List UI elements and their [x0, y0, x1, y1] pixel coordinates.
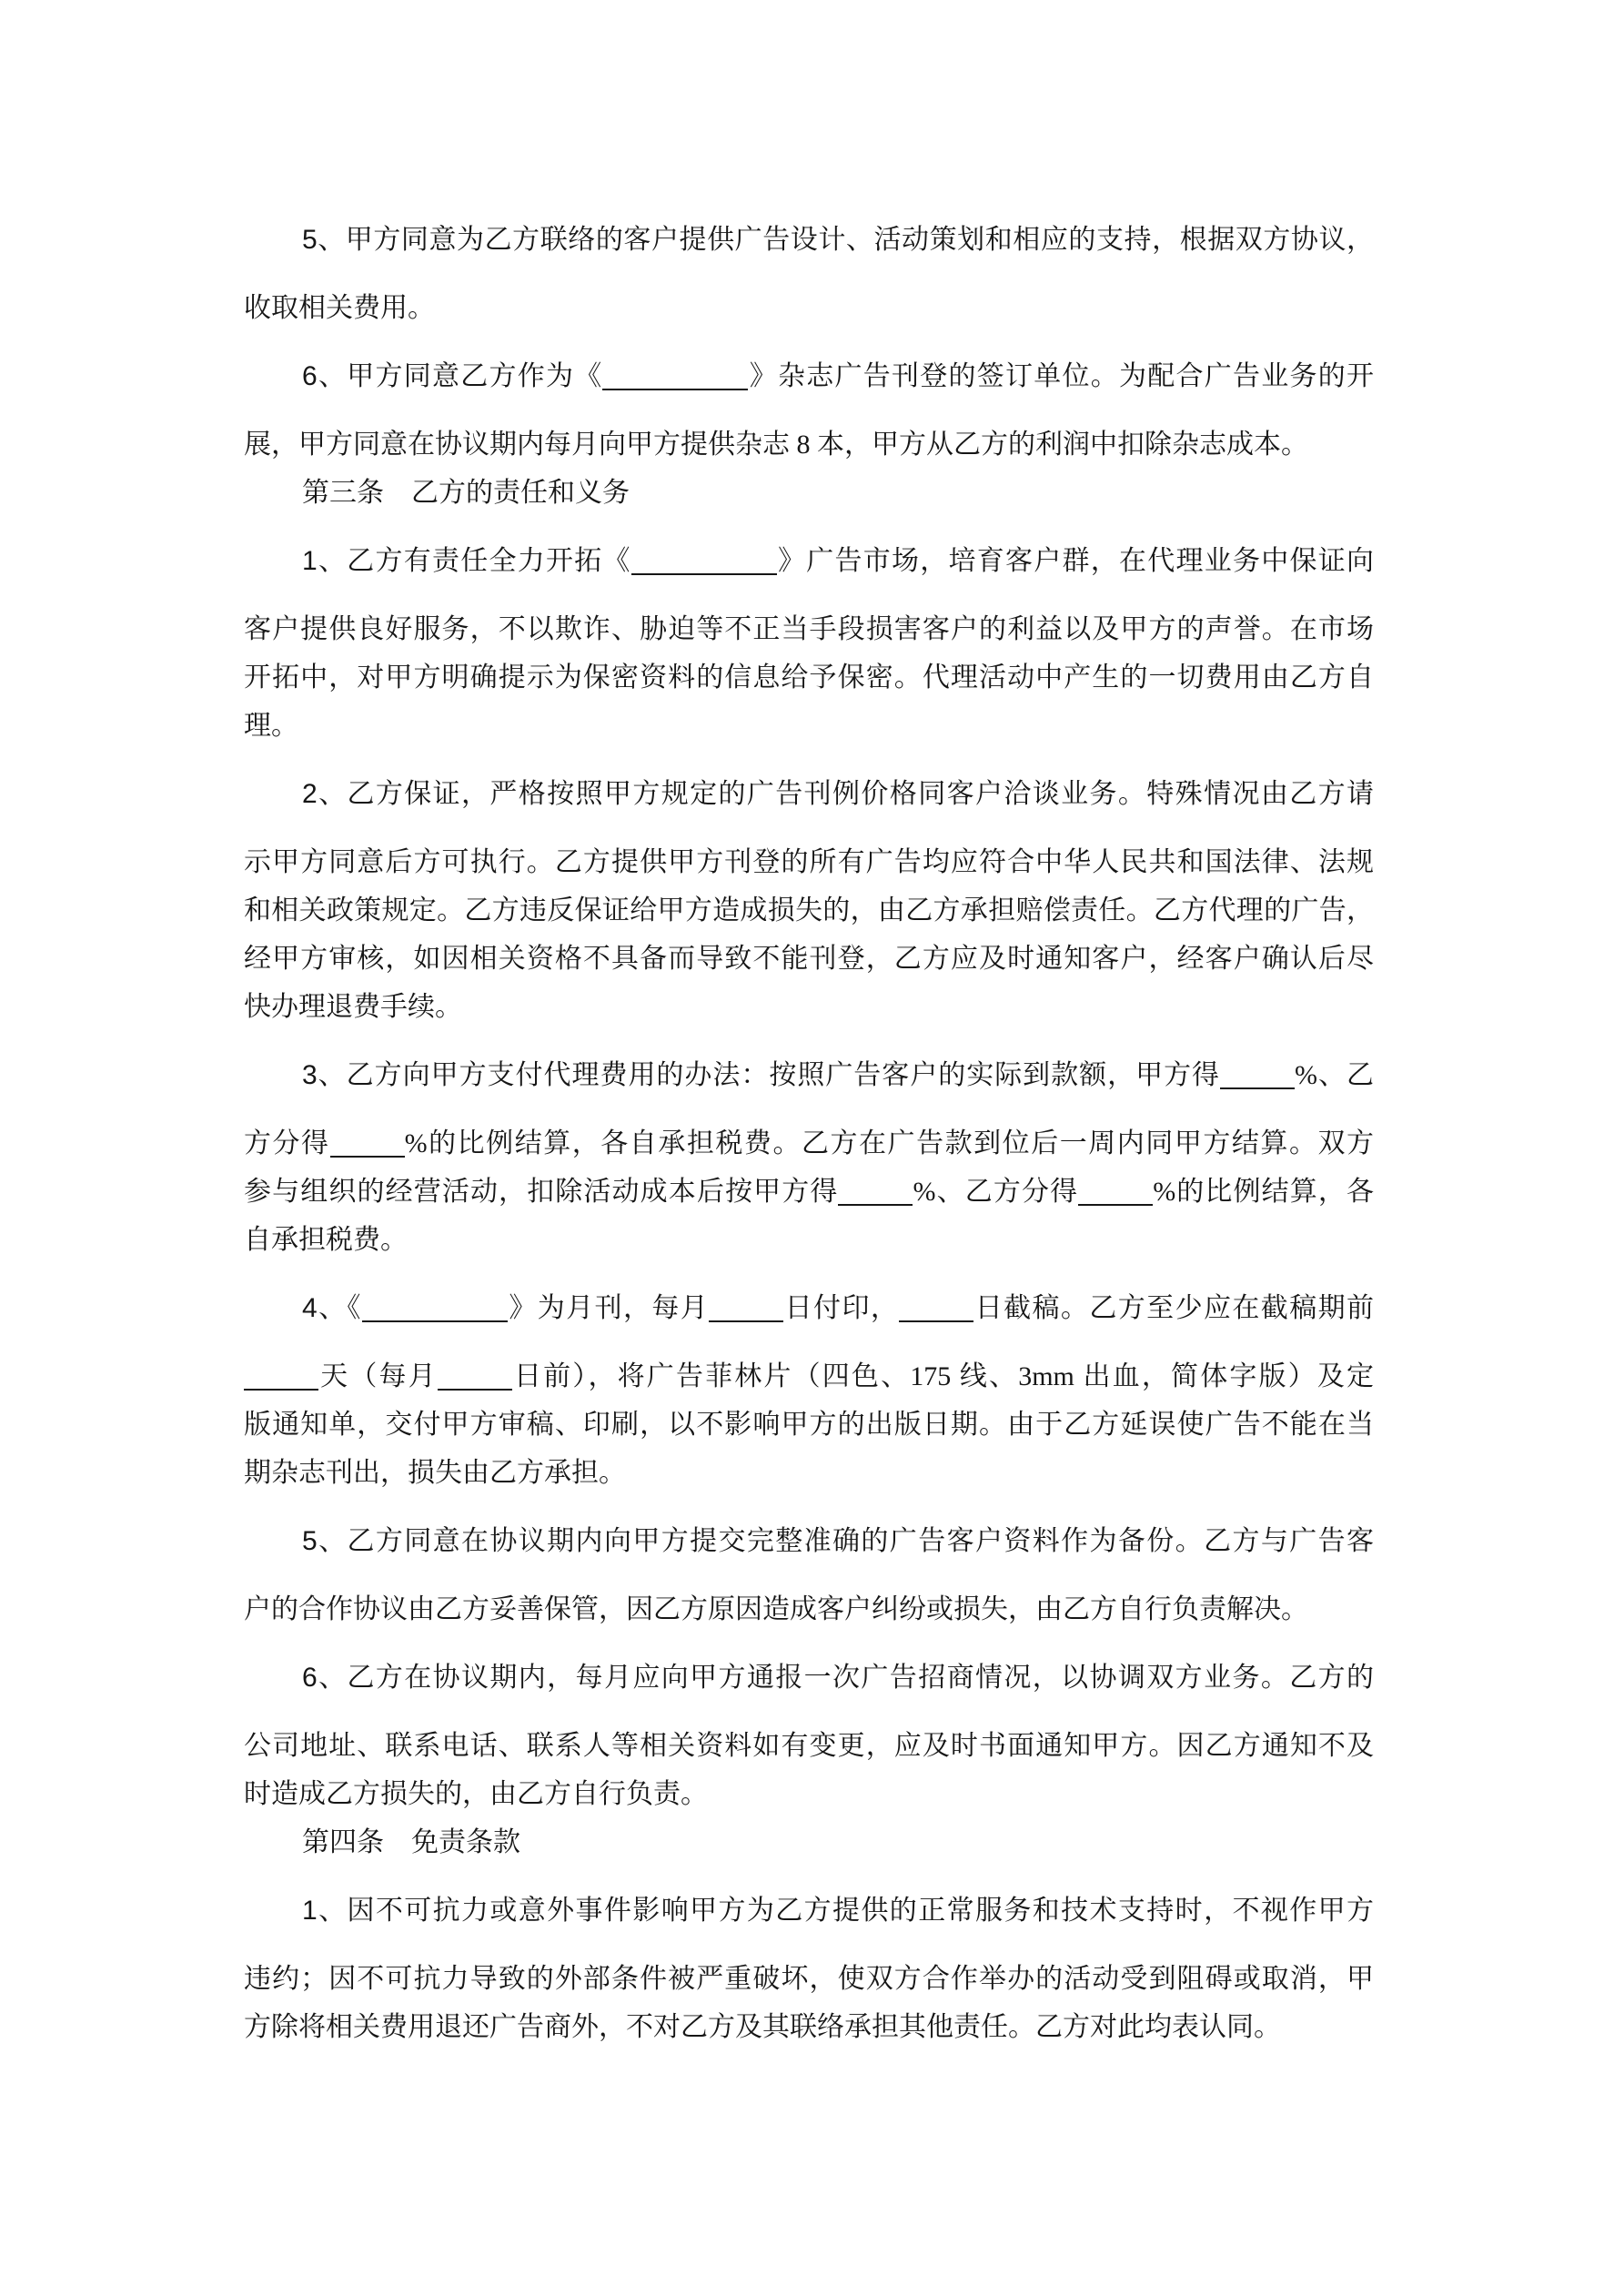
document-line: 第三条 乙方的责任和义务 — [244, 469, 1374, 517]
document-line: 4、《》为月刊，每月日付印，日截稿。乙方至少应在截稿期前 — [244, 1284, 1374, 1332]
document-line: 天（每月日前），将广告菲林片（四色、175 线、3mm 出血，简体字版）及定 — [244, 1352, 1374, 1401]
document-line: 自承担税费。 — [244, 1216, 1374, 1264]
text-segment: 收取相关费用。 — [244, 293, 435, 323]
list-number: 4 — [302, 1293, 318, 1323]
fill-in-blank-underline — [631, 573, 777, 575]
text-segment: 、乙方向甲方支付代理费用的办法：按照广告客户的实际到款额，甲方得 — [318, 1060, 1220, 1090]
text-segment: 、乙方保证，严格按照甲方规定的广告刊例价格同客户洽谈业务。特殊情况由乙方请 — [318, 779, 1374, 809]
document-line: 时造成乙方损失的，由乙方自行负责。 — [244, 1770, 1374, 1818]
fill-in-blank-underline — [1220, 1087, 1295, 1089]
text-segment: 示甲方同意后方可执行。乙方提供甲方刊登的所有广告均应符合中华人民共和国法律、法规 — [244, 847, 1374, 877]
text-segment: 违约；因不可抗力导致的外部条件被严重破坏，使双方合作举办的活动受到阻碍或取消，甲 — [244, 1964, 1374, 1994]
fill-in-blank-underline — [709, 1320, 783, 1322]
text-segment: 客户提供良好服务，不以欺诈、胁迫等不正当手段损害客户的利益以及甲方的声誉。在市场 — [244, 614, 1374, 644]
text-segment: 展，甲方同意在协议期内每月向甲方提供杂志 8 本，甲方从乙方的利润中扣除杂志成本… — [244, 430, 1308, 460]
fill-in-blank-underline — [362, 1320, 508, 1322]
document-line: 版通知单，交付甲方审稿、印刷，以不影响甲方的出版日期。由于乙方延误使广告不能在当 — [244, 1401, 1374, 1449]
fill-in-blank-underline — [1078, 1204, 1153, 1206]
document-line: 期杂志刊出，损失由乙方承担。 — [244, 1449, 1374, 1497]
text-segment: 、甲方同意乙方作为《 — [318, 361, 603, 391]
document-line: 快办理退费手续。 — [244, 983, 1374, 1031]
text-segment: 、《 — [318, 1293, 362, 1323]
text-segment: 日前），将广告菲林片（四色、175 线、3mm 出血，简体字版）及定 — [512, 1361, 1374, 1391]
text-segment: 时造成乙方损失的，由乙方自行负责。 — [244, 1779, 708, 1809]
document-line: 2、乙方保证，严格按照甲方规定的广告刊例价格同客户洽谈业务。特殊情况由乙方请 — [244, 770, 1374, 818]
document-line: 6、乙方在协议期内，每月应向甲方通报一次广告招商情况，以协调双方业务。乙方的 — [244, 1654, 1374, 1702]
text-segment: 户的合作协议由乙方妥善保管，因乙方原因造成客户纠纷或损失，由乙方自行负责解决。 — [244, 1594, 1308, 1624]
document-line: 客户提供良好服务，不以欺诈、胁迫等不正当手段损害客户的利益以及甲方的声誉。在市场 — [244, 605, 1374, 653]
text-segment: 自承担税费。 — [244, 1225, 408, 1255]
text-segment: %、乙方分得 — [913, 1177, 1078, 1207]
text-segment: 、乙方有责任全力开拓《 — [318, 546, 631, 576]
text-segment: 、乙方同意在协议期内向甲方提交完整准确的广告客户资料作为备份。乙方与广告客 — [318, 1526, 1374, 1556]
document-line: 户的合作协议由乙方妥善保管，因乙方原因造成客户纠纷或损失，由乙方自行负责解决。 — [244, 1585, 1374, 1633]
document-line: 第四条 免责条款 — [244, 1818, 1374, 1866]
text-segment: 期杂志刊出，损失由乙方承担。 — [244, 1458, 626, 1488]
text-segment: 和相关政策规定。乙方违反保证给甲方造成损失的，由乙方承担赔偿责任。乙方代理的广告… — [244, 895, 1374, 925]
text-segment: 版通知单，交付甲方审稿、印刷，以不影响甲方的出版日期。由于乙方延误使广告不能在当 — [244, 1410, 1374, 1440]
text-segment: 、乙方在协议期内，每月应向甲方通报一次广告招商情况，以协调双方业务。乙方的 — [318, 1663, 1374, 1693]
text-segment: 第四条 免责条款 — [302, 1827, 520, 1857]
list-number: 5 — [302, 1526, 318, 1556]
document-content: 5、甲方同意为乙方联络的客户提供广告设计、活动策划和相应的支持，根据双方协议，收… — [244, 216, 1374, 2051]
list-number: 3 — [302, 1060, 318, 1090]
text-segment: 》广告市场，培育客户群，在代理业务中保证向 — [777, 546, 1374, 576]
document-line: 展，甲方同意在协议期内每月向甲方提供杂志 8 本，甲方从乙方的利润中扣除杂志成本… — [244, 420, 1374, 469]
fill-in-blank-underline — [330, 1156, 405, 1158]
list-number: 5 — [302, 225, 318, 255]
text-segment: 快办理退费手续。 — [244, 992, 462, 1022]
document-line: 6、甲方同意乙方作为《》杂志广告刊登的签订单位。为配合广告业务的开 — [244, 352, 1374, 400]
document-line: 5、甲方同意为乙方联络的客户提供广告设计、活动策划和相应的支持，根据双方协议， — [244, 216, 1374, 264]
document-line: 理。 — [244, 702, 1374, 750]
list-number: 2 — [302, 779, 318, 809]
text-segment: %的比例结算，各 — [1153, 1177, 1374, 1207]
text-segment: 方除将相关费用退还广告商外，不对乙方及其联络承担其他责任。乙方对此均表认同。 — [244, 2012, 1281, 2042]
text-segment: %、乙 — [1295, 1060, 1374, 1090]
document-page: 5、甲方同意为乙方联络的客户提供广告设计、活动策划和相应的支持，根据双方协议，收… — [0, 0, 1624, 2296]
document-line: 5、乙方同意在协议期内向甲方提交完整准确的广告客户资料作为备份。乙方与广告客 — [244, 1517, 1374, 1565]
list-number: 6 — [302, 361, 318, 391]
document-line: 开拓中，对甲方明确提示为保密资料的信息给予保密。代理活动中产生的一切费用由乙方自 — [244, 653, 1374, 702]
text-segment: 日截稿。乙方至少应在截稿期前 — [973, 1293, 1374, 1323]
text-segment: 》杂志广告刊登的签订单位。为配合广告业务的开 — [748, 361, 1374, 391]
document-line: 违约；因不可抗力导致的外部条件被严重破坏，使双方合作举办的活动受到阻碍或取消，甲 — [244, 1955, 1374, 2003]
list-number: 1 — [302, 546, 318, 576]
document-line: 公司地址、联系电话、联系人等相关资料如有变更，应及时书面通知甲方。因乙方通知不及 — [244, 1722, 1374, 1770]
text-segment: 、甲方同意为乙方联络的客户提供广告设计、活动策划和相应的支持，根据双方协议， — [318, 225, 1374, 255]
document-line: 参与组织的经营活动，扣除活动成本后按甲方得%、乙方分得%的比例结算，各 — [244, 1168, 1374, 1216]
fill-in-blank-underline — [602, 389, 748, 390]
text-segment: 》为月刊，每月 — [508, 1293, 709, 1323]
text-segment: 公司地址、联系电话、联系人等相关资料如有变更，应及时书面通知甲方。因乙方通知不及 — [244, 1731, 1374, 1761]
text-segment: 第三条 乙方的责任和义务 — [302, 478, 630, 508]
fill-in-blank-underline — [438, 1389, 512, 1391]
document-line: 收取相关费用。 — [244, 284, 1374, 332]
text-segment: 经甲方审核，如因相关资格不具备而导致不能刊登，乙方应及时通知客户，经客户确认后尽 — [244, 944, 1374, 974]
document-line: 经甲方审核，如因相关资格不具备而导致不能刊登，乙方应及时通知客户，经客户确认后尽 — [244, 935, 1374, 983]
text-segment: 方分得 — [244, 1128, 330, 1158]
text-segment: 理。 — [244, 711, 298, 741]
list-number: 6 — [302, 1663, 318, 1693]
fill-in-blank-underline — [838, 1204, 913, 1206]
document-line: 和相关政策规定。乙方违反保证给甲方造成损失的，由乙方承担赔偿责任。乙方代理的广告… — [244, 886, 1374, 935]
text-segment: 、因不可抗力或意外事件影响甲方为乙方提供的正常服务和技术支持时，不视作甲方 — [318, 1896, 1374, 1926]
text-segment: 参与组织的经营活动，扣除活动成本后按甲方得 — [244, 1177, 838, 1207]
text-segment: 日付印， — [783, 1293, 899, 1323]
document-line: 方除将相关费用退还广告商外，不对乙方及其联络承担其他责任。乙方对此均表认同。 — [244, 2003, 1374, 2051]
text-segment: %的比例结算，各自承担税费。乙方在广告款到位后一周内同甲方结算。双方 — [405, 1128, 1374, 1158]
document-line: 方分得%的比例结算，各自承担税费。乙方在广告款到位后一周内同甲方结算。双方 — [244, 1119, 1374, 1168]
document-line: 1、因不可抗力或意外事件影响甲方为乙方提供的正常服务和技术支持时，不视作甲方 — [244, 1886, 1374, 1935]
fill-in-blank-underline — [899, 1320, 973, 1322]
document-line: 1、乙方有责任全力开拓《》广告市场，培育客户群，在代理业务中保证向 — [244, 537, 1374, 585]
list-number: 1 — [302, 1896, 318, 1926]
text-segment: 开拓中，对甲方明确提示为保密资料的信息给予保密。代理活动中产生的一切费用由乙方自 — [244, 663, 1374, 693]
document-line: 3、乙方向甲方支付代理费用的办法：按照广告客户的实际到款额，甲方得%、乙 — [244, 1051, 1374, 1099]
document-line: 示甲方同意后方可执行。乙方提供甲方刊登的所有广告均应符合中华人民共和国法律、法规 — [244, 838, 1374, 886]
fill-in-blank-underline — [244, 1389, 318, 1391]
text-segment: 天（每月 — [318, 1361, 438, 1391]
